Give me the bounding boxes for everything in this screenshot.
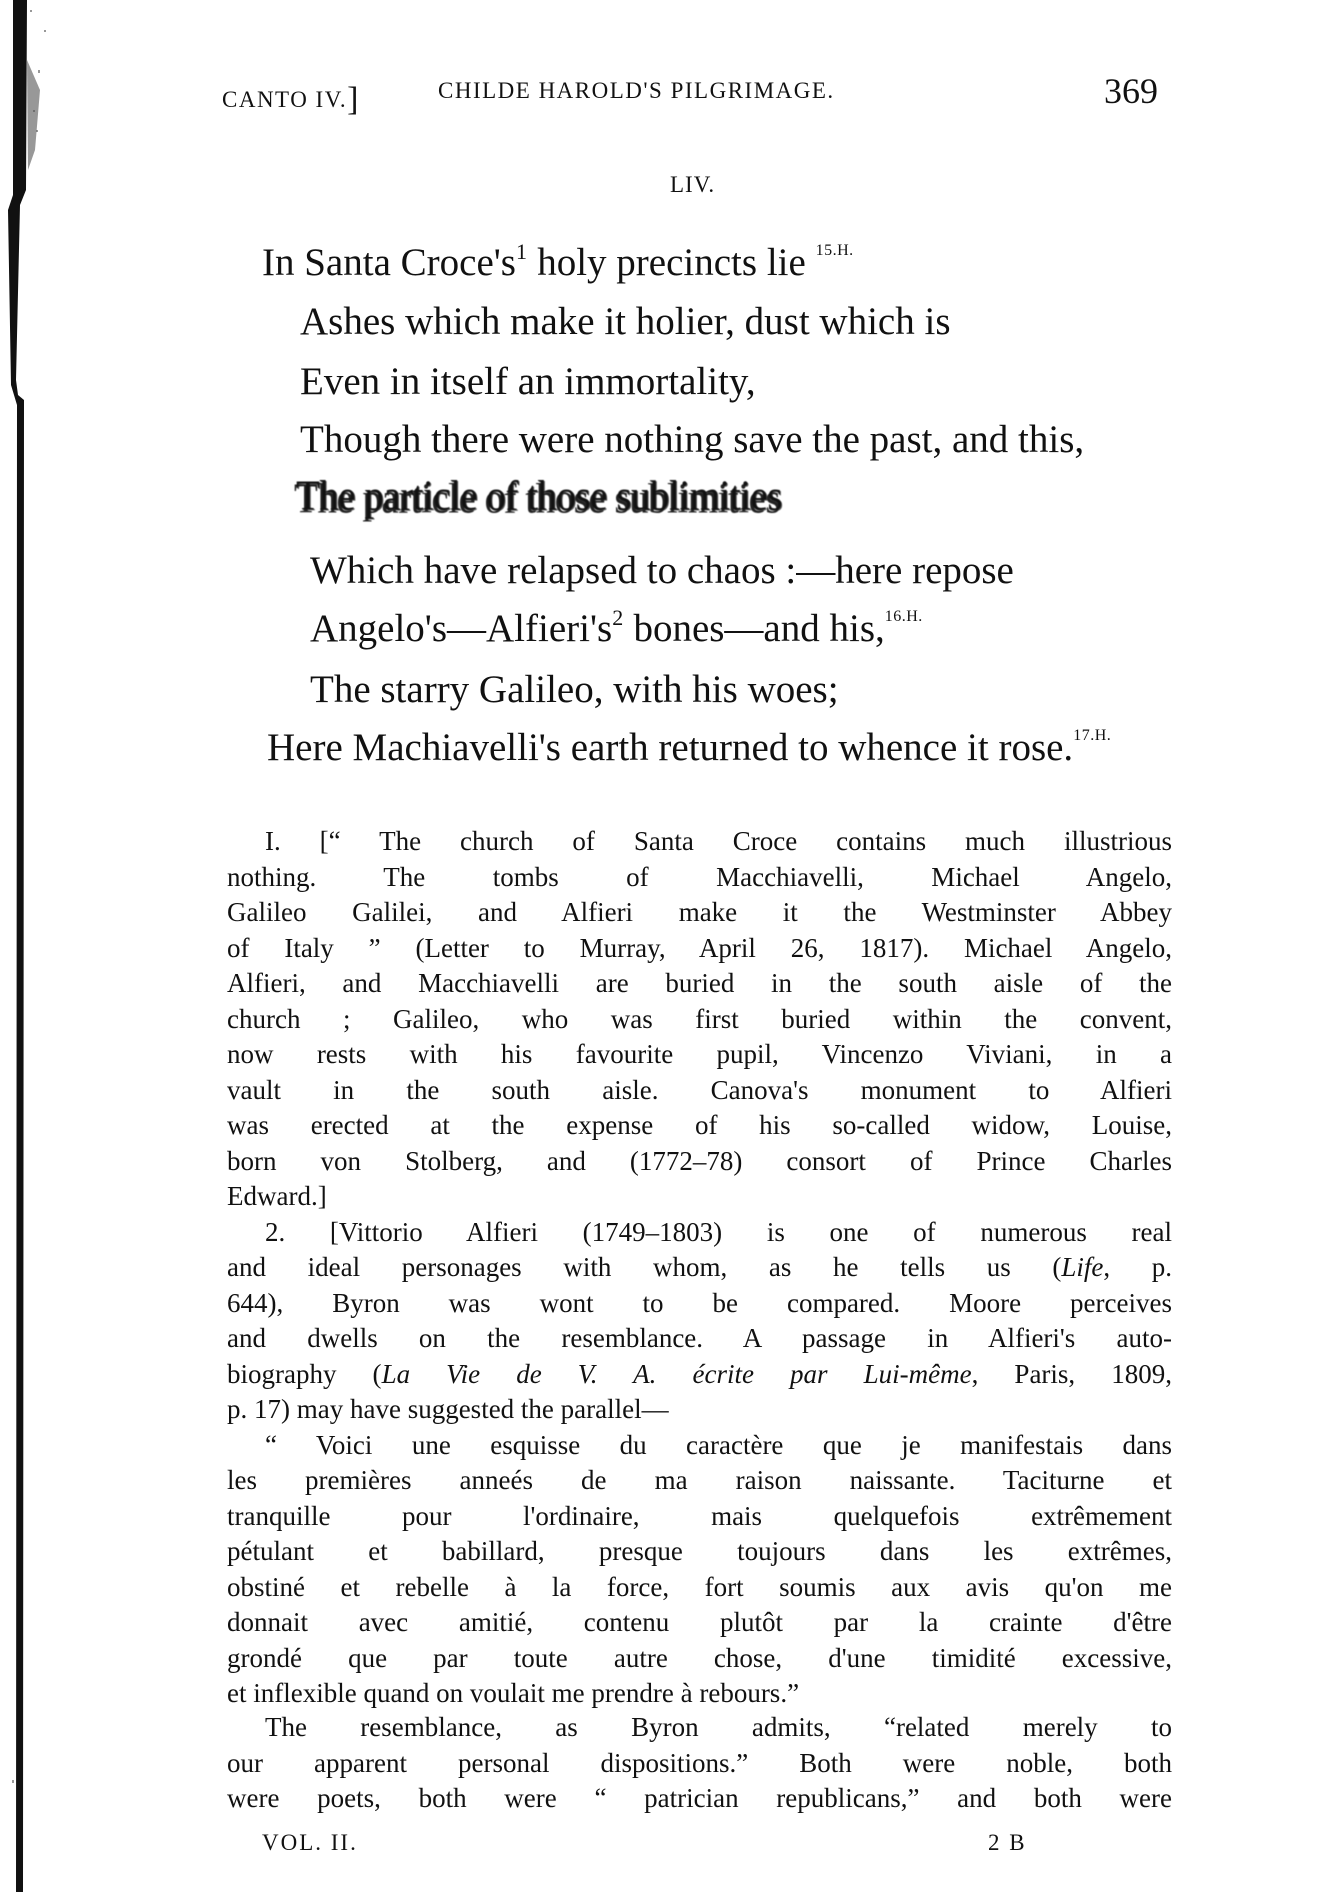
quote-line: les premières anneés de ma raison naissa… (227, 1467, 1172, 1494)
footnote-2-line: 2. [Vittorio Alfieri (1749–1803) is one … (227, 1219, 1172, 1246)
book-binding-edge (0, 0, 60, 1892)
quote-line: “ Voici une esquisse du caractère que je… (227, 1432, 1172, 1459)
variant-note-16h: 16.H. (885, 608, 923, 625)
footnote-1-line: now rests with his favourite pupil, Vinc… (227, 1041, 1172, 1068)
book-title: CHILDE HAROLD'S PILGRIMAGE. (438, 78, 835, 104)
italic-title-life: Life (1061, 1252, 1103, 1282)
footnote-1-line: I. [“ The church of Santa Croce contains… (227, 828, 1172, 855)
footnote-2-line: 644), Byron was wont to be compared. Moo… (227, 1290, 1172, 1317)
quote-line: grondé que par toute autre chose, d'une … (227, 1645, 1172, 1672)
variant-note-15h: 15.H. (816, 242, 854, 259)
quote-line: obstiné et rebelle à la force, fort soum… (227, 1574, 1172, 1601)
verse-line-9: Here Machiavelli's earth returned to whe… (267, 728, 1111, 767)
verse-line-2: Ashes which make it holier, dust which i… (300, 302, 951, 341)
quote-line: et inflexible quand on voulait me prendr… (227, 1680, 1172, 1707)
footnote-1-line: nothing. The tombs of Macchiavelli, Mich… (227, 864, 1172, 891)
verse-line-6: Which have relapsed to chaos :—here repo… (310, 551, 1014, 590)
verse-line-5-smeared: The particle of those sublimities (296, 475, 782, 517)
footnote-2-line: p. 17) may have suggested the parallel— (227, 1396, 1172, 1423)
footnote-1-line: Edward.] (227, 1183, 1172, 1210)
variant-note-17h: 17.H. (1073, 727, 1111, 744)
verse-line-3: Even in itself an immortality, (300, 362, 756, 401)
verse-line-7: Angelo's—Alfieri's2 bones—and his,16.H. (310, 609, 923, 648)
footnote-2-line: biography (La Vie de V. A. écrite par Lu… (227, 1361, 1172, 1388)
footnote-2-line: The resemblance, as Byron admits, “relat… (227, 1714, 1172, 1741)
footnote-2-line: and ideal personages with whom, as he te… (227, 1254, 1172, 1281)
footnote-1-line: church ; Galileo, who was first buried w… (227, 1006, 1172, 1033)
canto-label: CANTO IV. (222, 87, 347, 112)
footnote-2-line: our apparent personal dispositions.” Bot… (227, 1750, 1172, 1777)
verse-line-4: Though there were nothing save the past,… (300, 420, 1084, 459)
footnote-1-line: Alfieri, and Macchiavelli are buried in … (227, 970, 1172, 997)
header-bracket: ] (347, 81, 358, 118)
footnote-2-line: and dwells on the resemblance. A passage… (227, 1325, 1172, 1352)
footnote-ref-1[interactable]: 1 (516, 239, 528, 264)
volume-label: VOL. II. (262, 1830, 358, 1856)
running-header: CANTO IV.] (222, 78, 358, 116)
page-number: 369 (1104, 70, 1158, 112)
italic-title-la-vie: La Vie de V. A. écrite par Lui-même (382, 1359, 972, 1389)
verse-line-8: The starry Galileo, with his woes; (310, 670, 839, 709)
stanza-number: LIV. (670, 172, 715, 198)
footnote-2-line: were poets, both were “ patrician republ… (227, 1785, 1172, 1812)
footnote-1-line: vault in the south aisle. Canova's monum… (227, 1077, 1172, 1104)
quote-line: pétulant et babillard, presque toujours … (227, 1538, 1172, 1565)
quote-line: tranquille pour l'ordinaire, mais quelqu… (227, 1503, 1172, 1530)
footnote-1-line: born von Stolberg, and (1772–78) consort… (227, 1148, 1172, 1175)
verse-line-1: In Santa Croce's1 holy precincts lie 15.… (262, 243, 854, 282)
signature-mark: 2 B (988, 1830, 1027, 1856)
quote-line: donnait avec amitié, contenu plutôt par … (227, 1609, 1172, 1636)
footnote-1-line: Galileo Galilei, and Alfieri make it the… (227, 899, 1172, 926)
footnote-ref-2[interactable]: 2 (612, 605, 624, 630)
footnote-1-line: of Italy ” (Letter to Murray, April 26, … (227, 935, 1172, 962)
footnote-1-line: was erected at the expense of his so-cal… (227, 1112, 1172, 1139)
